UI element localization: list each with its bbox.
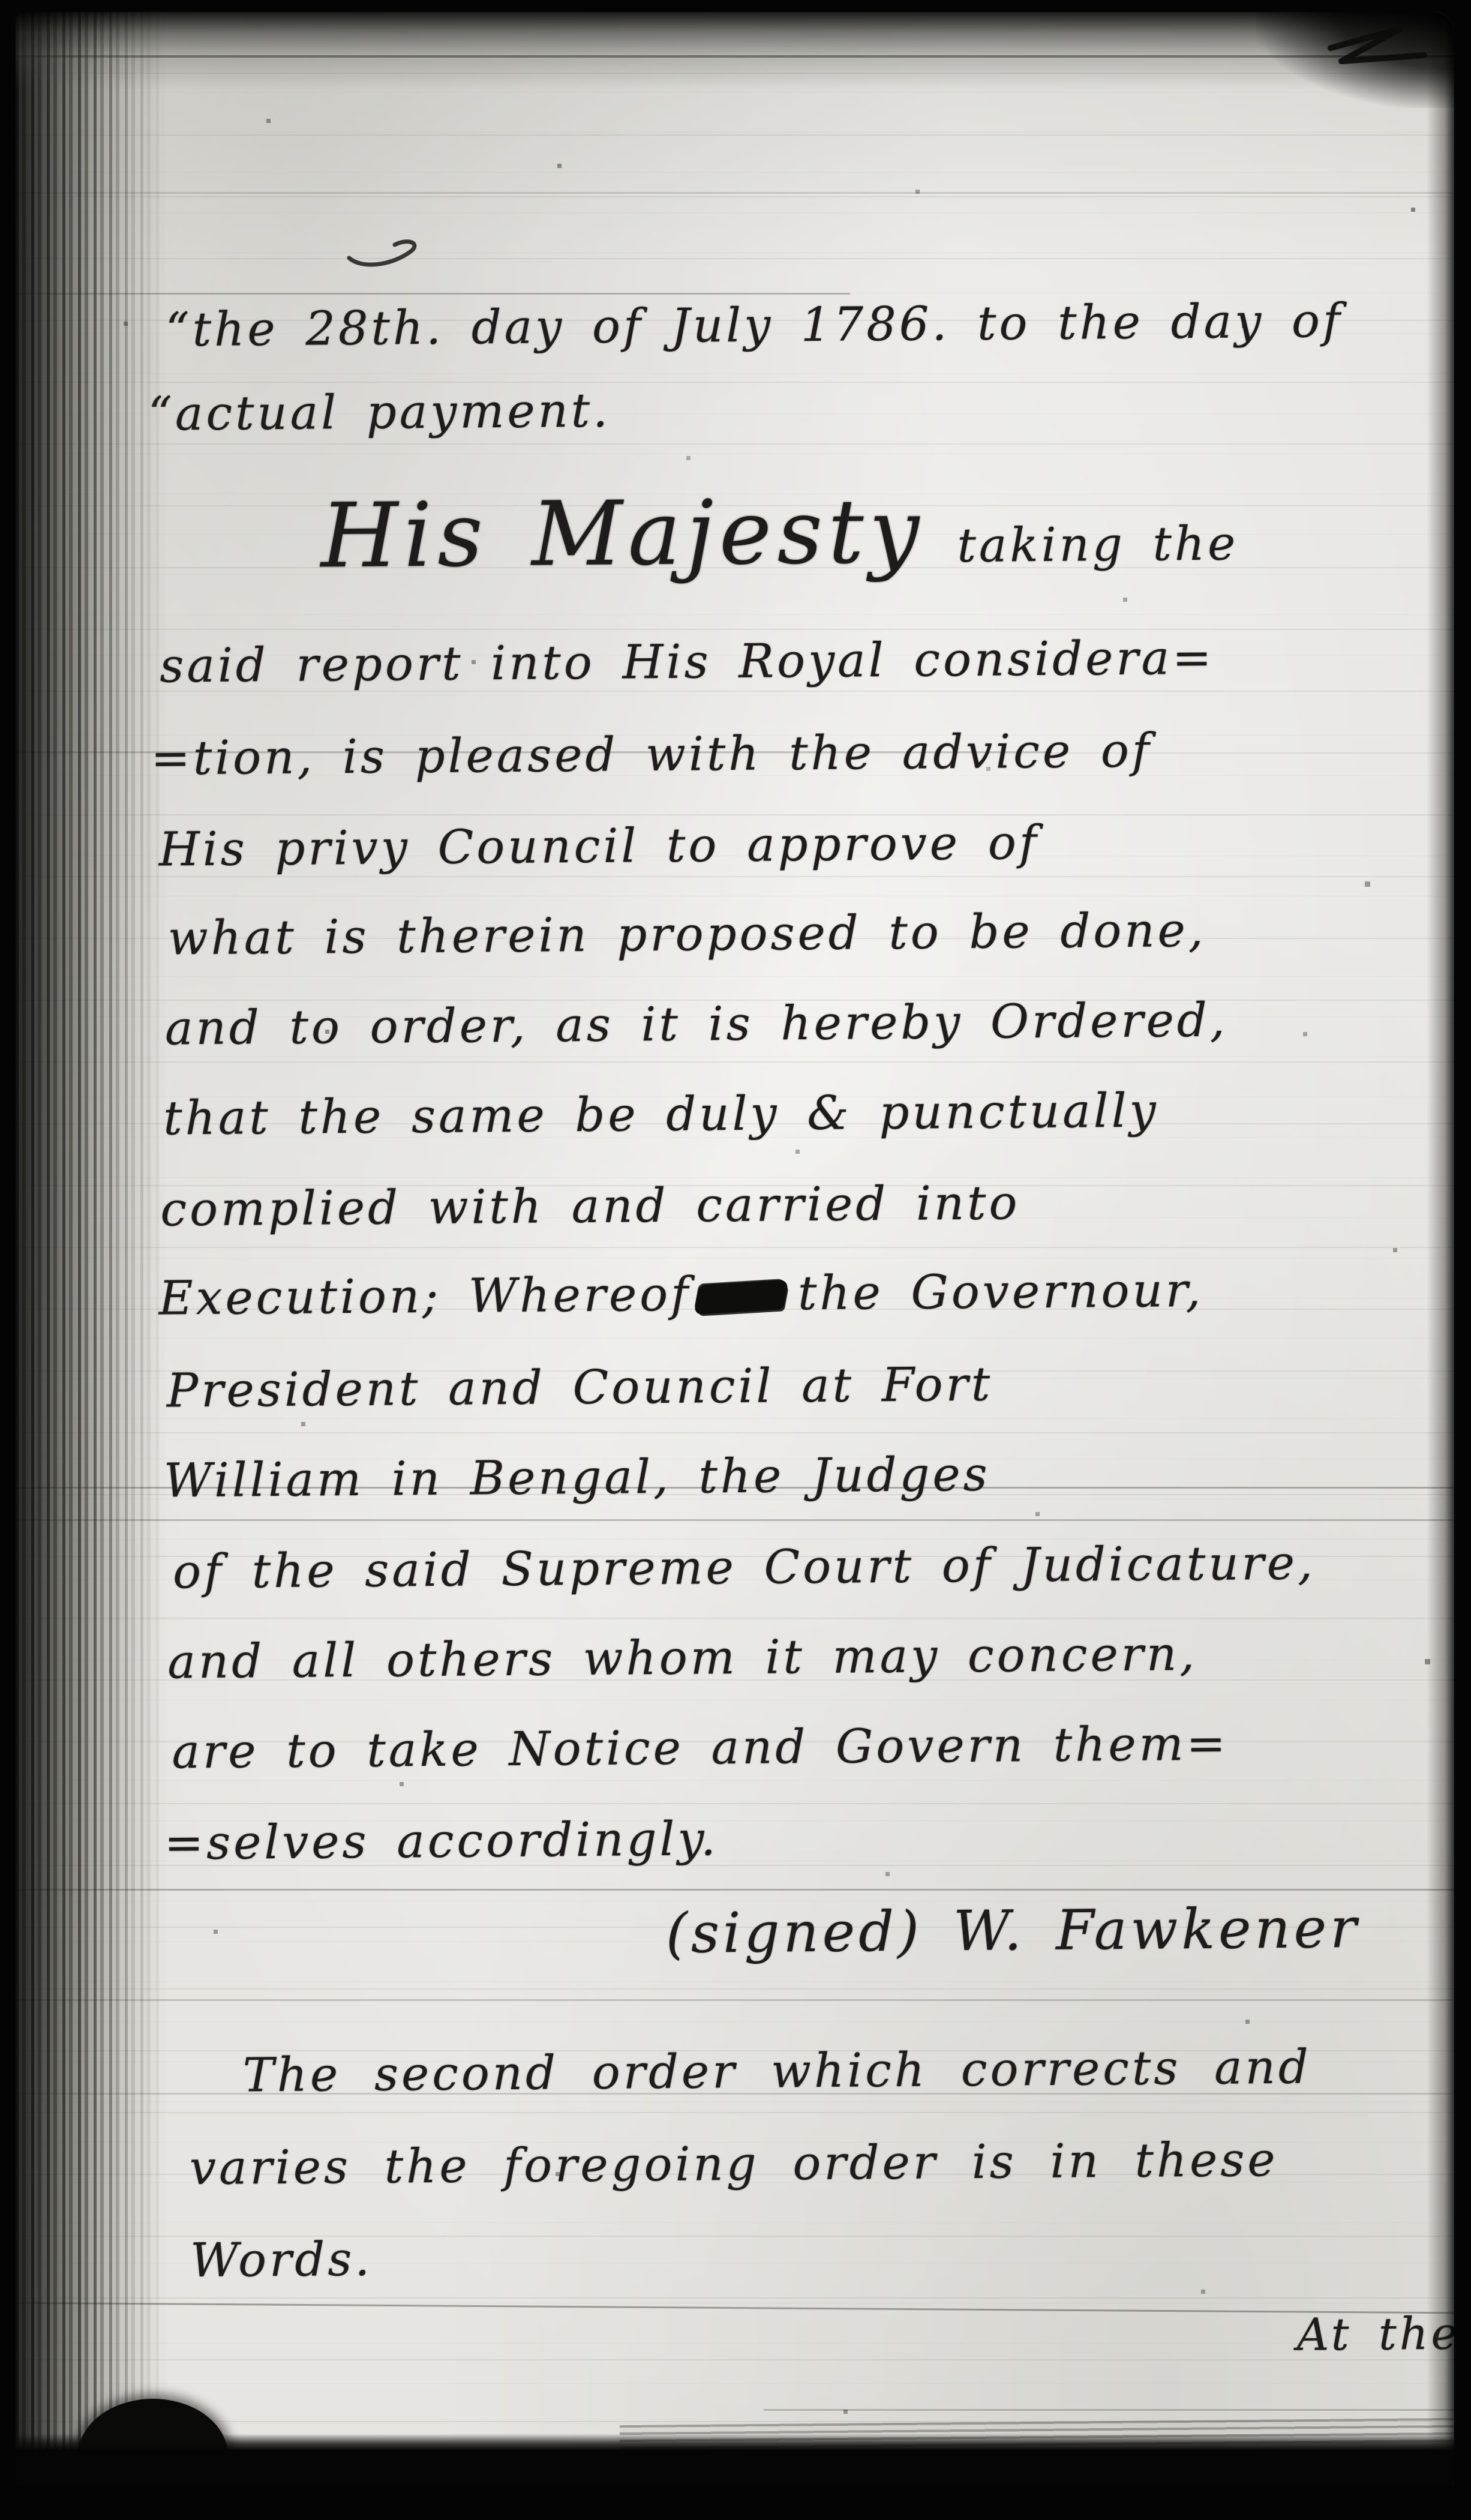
manuscript-line: complied with and carried into xyxy=(160,1176,1020,1237)
right-edge-shadow xyxy=(1427,12,1454,2485)
manuscript-line: Words. xyxy=(190,2233,373,2288)
manuscript-line: The second order which corrects and xyxy=(242,2040,1311,2102)
manuscript-line: what is therein proposed to be done, xyxy=(168,904,1206,966)
handwriting-layer: “the 28th. day of July 1786. to the day … xyxy=(16,12,1454,2485)
manuscript-line: said report into His Royal considera= xyxy=(160,631,1215,694)
pen-mark-top-right xyxy=(1323,20,1437,80)
signature-line: (signed) W. Fawkener xyxy=(666,1896,1361,1966)
manuscript-line: and to order, as it is hereby Ordered, xyxy=(165,994,1228,1056)
manuscript-line: “the 28th. day of July 1786. to the day … xyxy=(166,294,1344,357)
manuscript-line: “actual payment. xyxy=(148,384,611,442)
manuscript-line: William in Bengal, the Judges xyxy=(164,1448,990,1508)
manuscript-line: varies the foregoing order is in these xyxy=(190,2133,1278,2195)
manuscript-page: “the 28th. day of July 1786. to the day … xyxy=(16,12,1454,2485)
ink-blot-strikeout xyxy=(694,1279,789,1315)
bottom-edge-band xyxy=(16,2434,1454,2485)
struck-line-before: Execution; Whereof xyxy=(158,1268,691,1326)
manuscript-line: His Majesty taking the xyxy=(320,477,1239,587)
pen-squiggle-mark xyxy=(336,223,450,277)
manuscript-line: of the said Supreme Court of Judicature, xyxy=(173,1536,1316,1599)
opening-rest: taking the xyxy=(957,517,1238,573)
manuscript-line-struck: Execution; Whereofthe Governour, xyxy=(158,1264,1203,1326)
manuscript-line: are to take Notice and Govern them= xyxy=(172,1717,1229,1780)
manuscript-line: =selves accordingly. xyxy=(164,1812,719,1870)
struck-line-after: the Governour, xyxy=(798,1264,1204,1321)
opening-words: His Majesty xyxy=(320,479,925,587)
manuscript-line: and all others whom it may concern, xyxy=(167,1627,1197,1689)
manuscript-line: that the same be duly & punctually xyxy=(163,1084,1159,1145)
manuscript-line: President and Council at Fort xyxy=(166,1358,993,1418)
top-edge-shadow xyxy=(16,12,1454,90)
binding-gutter-streaks xyxy=(16,12,166,2485)
manuscript-line: =tion, is pleased with the advice of xyxy=(151,724,1152,786)
manuscript-scan: “the 28th. day of July 1786. to the day … xyxy=(0,0,1471,2520)
manuscript-line: His privy Council to approve of xyxy=(158,816,1040,877)
